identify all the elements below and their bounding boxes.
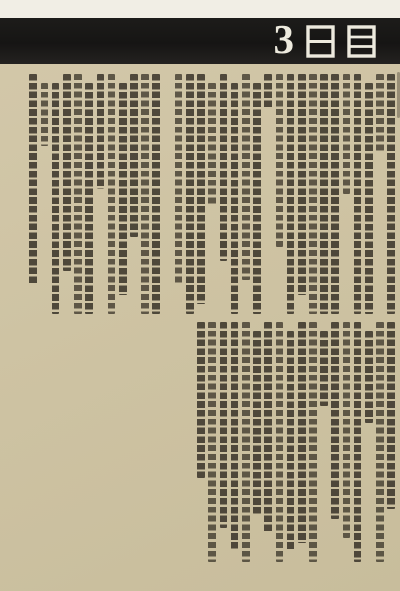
text-column <box>208 322 216 562</box>
text-column <box>354 322 362 562</box>
text-column <box>298 322 306 543</box>
text-column <box>276 322 284 562</box>
text-column <box>354 74 362 314</box>
text-column <box>343 322 351 538</box>
text-column <box>231 83 239 314</box>
text-column <box>63 74 71 271</box>
text-column <box>309 74 317 314</box>
text-column <box>29 74 37 285</box>
text-column <box>175 74 183 285</box>
text-column <box>197 74 205 304</box>
chapter-title-numeral: 3 <box>274 19 295 60</box>
text-column <box>231 322 239 550</box>
text-column <box>119 83 127 295</box>
text-column <box>152 74 160 314</box>
text-column <box>343 74 351 194</box>
text-column <box>298 74 306 295</box>
text-column <box>85 83 93 314</box>
text-column <box>320 331 328 406</box>
kanji-day-icon <box>306 25 335 58</box>
text-column <box>52 83 60 314</box>
text-column <box>365 331 373 423</box>
text-column <box>108 74 116 314</box>
body-text-tier-lower <box>197 322 395 562</box>
page-bottom-margin <box>0 563 400 591</box>
text-column <box>287 331 295 550</box>
scanned-novel-page: { "page": { "kind": "scanned vertical-te… <box>0 0 400 591</box>
text-column <box>220 74 228 261</box>
text-column <box>242 322 250 562</box>
text-column <box>253 83 261 314</box>
text-column <box>141 74 149 314</box>
text-column <box>242 74 250 280</box>
text-column <box>264 74 272 108</box>
text-column <box>320 74 328 314</box>
text-column <box>287 74 295 314</box>
text-column <box>197 322 205 478</box>
text-column <box>331 322 339 519</box>
text-column <box>365 83 373 314</box>
chapter-header-bar: 3 <box>0 18 400 64</box>
text-column <box>276 74 284 247</box>
text-column <box>130 74 138 237</box>
body-text-tier-upper <box>29 74 395 314</box>
text-column <box>309 322 317 562</box>
text-column <box>220 322 228 528</box>
text-column <box>331 74 339 314</box>
text-column <box>387 322 395 509</box>
text-column <box>208 83 216 206</box>
text-column <box>74 74 82 314</box>
text-column <box>41 83 49 146</box>
text-column <box>376 74 384 151</box>
text-column <box>253 331 261 514</box>
page-top-margin <box>0 0 400 18</box>
text-column <box>376 322 384 562</box>
text-column <box>186 74 194 314</box>
text-column <box>387 74 395 314</box>
kanji-eye-icon <box>347 25 376 58</box>
text-column <box>97 74 105 189</box>
text-column <box>264 322 272 533</box>
